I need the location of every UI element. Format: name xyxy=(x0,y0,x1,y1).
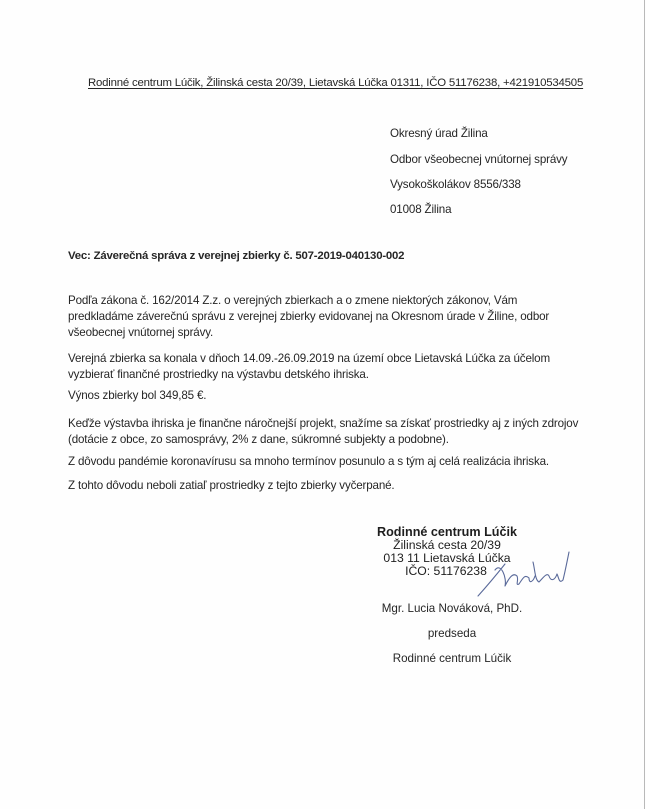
handwritten-signature xyxy=(475,548,575,598)
recipient-line-department: Odbor všeobecnej vnútornej správy xyxy=(390,153,567,167)
body-line: vyzbierať finančné prostriedky na výstav… xyxy=(68,367,588,383)
recipient-line-street: Vysokoškolákov 8556/338 xyxy=(390,178,521,192)
body-line: Z tohto dôvodu neboli zatiaľ prostriedky… xyxy=(68,478,588,494)
body-line: predkladáme záverečnú správu z verejnej … xyxy=(68,309,588,325)
signer-name: Mgr. Lucia Nováková, PhD. xyxy=(352,602,552,616)
body-paragraph-proceeds: Výnos zbierky bol 349,85 €. xyxy=(68,388,588,404)
body-paragraph-legal-basis: Podľa zákona č. 162/2014 Z.z. o verejnýc… xyxy=(68,293,588,341)
body-line: všeobecnej vnútornej správy. xyxy=(68,325,588,341)
body-line: Keďže výstavba ihriska je finančne nároč… xyxy=(68,416,588,432)
body-paragraph-funding: Keďže výstavba ihriska je finančne nároč… xyxy=(68,416,588,448)
letterhead: Rodinné centrum Lúčik, Žilinská cesta 20… xyxy=(88,76,583,90)
signer-organization: Rodinné centrum Lúčik xyxy=(352,652,552,666)
body-paragraph-status: Z tohto dôvodu neboli zatiaľ prostriedky… xyxy=(68,478,588,494)
body-paragraph-collection-dates: Verejná zbierka sa konala v dňoch 14.09.… xyxy=(68,351,588,383)
recipient-line-office: Okresný úrad Žilina xyxy=(390,127,488,141)
body-line: Výnos zbierky bol 349,85 €. xyxy=(68,388,588,404)
body-paragraph-pandemic: Z dôvodu pandémie koronavírusu sa mnoho … xyxy=(68,454,588,470)
body-line: Podľa zákona č. 162/2014 Z.z. o verejnýc… xyxy=(68,293,588,309)
body-line: Verejná zbierka sa konala v dňoch 14.09.… xyxy=(68,351,588,367)
body-line: Z dôvodu pandémie koronavírusu sa mnoho … xyxy=(68,454,588,470)
page-edge-divider xyxy=(644,0,645,809)
recipient-line-city: 01008 Žilina xyxy=(390,203,451,217)
document-page: Rodinné centrum Lúčik, Žilinská cesta 20… xyxy=(0,0,646,809)
stamp-organization-name: Rodinné centrum Lúčik xyxy=(372,525,522,539)
subject-line: Vec: Záverečná správa z verejnej zbierky… xyxy=(68,249,404,263)
signer-role: predseda xyxy=(352,627,552,641)
body-line: (dotácie z obce, zo samosprávy, 2% z dan… xyxy=(68,432,588,448)
